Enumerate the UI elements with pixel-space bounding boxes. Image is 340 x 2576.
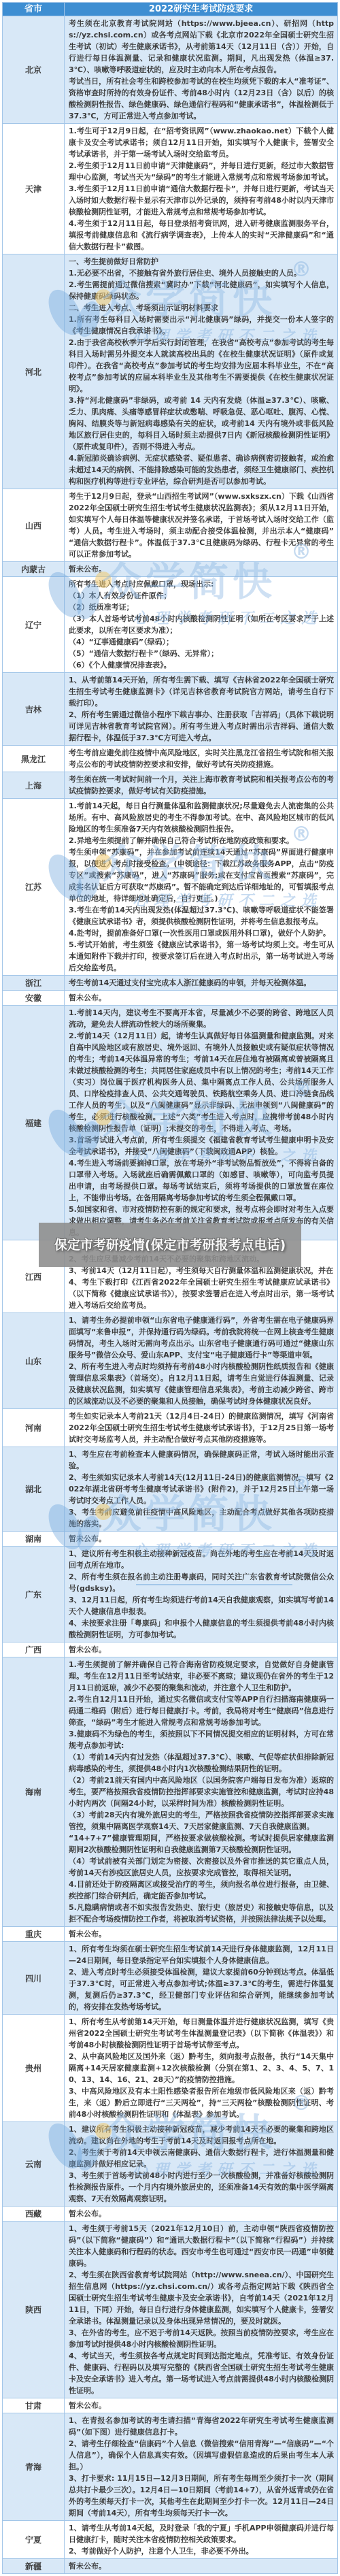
article-title-overlay: 保定市考研疫情(保定市考研报考点电话) <box>39 1223 301 1267</box>
province-label: 湖南 <box>3 1532 65 1547</box>
requirement-paragraph: 4.新冠肺炎确诊病例、无症状感染者、疑似患者、确诊病例密切接触者，或治愈未超过1… <box>69 452 334 487</box>
table-row: 宁夏 1、请考生从考前14天起，及时登录「我的宁夏」手机APP申领健康码并进行每… <box>3 2521 338 2559</box>
requirement-paragraph: 2.考生须于12月11日前申请“天津健康码”，并每日进行更新，经过市大数据管理中… <box>69 160 334 183</box>
requirement-paragraph: 考生于12月9日起，登录“山西招生考试网”（www.sxkszx.cn）下载《山… <box>69 491 334 560</box>
table-row: 河南 考生如实记录本人考前21天（12月4日-24日）的健康监测情况，填写《河南… <box>3 1409 338 1447</box>
requirements-cell: 暂未公布。 <box>65 991 338 1006</box>
table-row: 甘肃 暂未公布。 <box>3 2398 338 2413</box>
requirements-cell: 暂未公布。 <box>65 1532 338 1547</box>
requirements-cell: 1.考生须提前了解并确保自己符合海南省防疫规定要求，自觉做好自身健康管理。考生在… <box>65 1657 338 1927</box>
requirement-paragraph: （1）本人有效身份证件原件； <box>69 590 334 601</box>
table-row: 陕西 1、考生须于考前15天（2021年12月10日）前，主动申领“陕西省疫情防… <box>3 2222 338 2398</box>
requirement-paragraph: 3.首场考试进入考点前，所有考生须提交《福建省教育考试考生健康申明卡及安全考试承… <box>69 1134 334 1157</box>
requirement-paragraph: 1.无必要不出省，不接触有省外旅行居住史、境外人员接触史的人员。 <box>69 267 334 279</box>
province-label: 青海 <box>3 2413 65 2521</box>
requirement-paragraph: 2、所有考生须在报名前主动注册粤康码，同时关注广东省教育考试院微信公众号(gds… <box>69 1571 334 1594</box>
table-row: 新疆 暂未公布。 <box>3 2559 338 2574</box>
table-row: 浙江 考生考前14天通过支付宝完成本人浙江健康码的申领，并每天检测体温。 <box>3 976 338 991</box>
requirements-cell: 1、所有考生从考前第14天开始，每日测量体温并进行健康状况监测，填写《贵州省20… <box>65 2015 338 2122</box>
requirement-paragraph: （1）考前14天内有过发热（体温超过37.3℃）、咳嗽、气促等症状但排除新冠病毒… <box>69 1751 334 1774</box>
table-row: 海南 1.考生须提前了解并确保自己符合海南省防疫规定要求，自觉做好自身健康管理。… <box>3 1657 338 1927</box>
province-label: 河北 <box>3 254 65 489</box>
requirement-paragraph: 1、所有考生从考前第14天开始，每日测量体温并进行健康状况监测，填写《贵州省20… <box>69 2016 334 2051</box>
requirement-paragraph: 1、所有考生均须在硕士研究生招生考试前14天进行身体健康监测，12月11日—24… <box>69 1943 334 1966</box>
requirement-paragraph: 2、请考生仔细检查“信康码”个人信息（微信搜索“信用青海”—“信康码”—“个人信… <box>69 2438 334 2473</box>
requirement-paragraph: 2、考生须在陕西省教育考试院网站（http://www.sneea.cn/）、中… <box>69 2269 334 2327</box>
table-row: 上海 考生须在统一考试时间前一个月，关注上海市教育考试院和相关报考点公布的考试疫… <box>3 772 338 799</box>
article-title: 保定市考研疫情(保定市考研报考点电话) <box>54 1236 286 1254</box>
requirement-paragraph: 1.所有考生每科目入场时需要出示“河北健康码”绿码，并提交一份本人签字的《考生健… <box>69 314 334 337</box>
requirement-paragraph: 1、在青报名参加考试的考生请扫描“青海省2022年研究生考试考生健康监测码”（如… <box>69 2415 334 2438</box>
requirement-paragraph: （4）“辽事通健康码”（绿码）； <box>69 636 334 648</box>
requirement-paragraph: 3、在外省的考生，应不迟于考前14天返陕。按照当前疫情防控要求，考生应在参加考试… <box>69 2327 334 2350</box>
table-row: 福建 1.考前14天内，建议考生不要离开本省，尽量减少不必要的跨省、跨地区人员流… <box>3 1006 338 1240</box>
requirement-paragraph: （2）考前21前天有国内中高风险地区（以国务院客户端每日发布为准）返琼的考生，要… <box>69 1774 334 1809</box>
table-row: 云南 1、建议所有考生积极主动接种新冠疫苗，减少考前14天不必要的聚集和跨地区流… <box>3 2122 338 2207</box>
requirement-paragraph: 考试当日，所有社会考生和跨校参加考试的在校生均须凭下载的本人“准考证”、资格审查… <box>69 76 334 122</box>
requirements-cell: 考生考前应避免前往疫情中高风险地区，实时关注黑龙江省招生考试院和相关报考点公布的… <box>65 746 338 772</box>
requirement-paragraph: 2.由于我省高校秋季开学后实行封闭管理，在我省“高校考点”参加考试的考生每科目入… <box>69 337 334 395</box>
province-label: 安徽 <box>3 991 65 1006</box>
requirement-paragraph: 暂未公布。 <box>69 2560 334 2572</box>
table-row: 辽宁 所有考生进入考点时应佩戴口罩，现场出示:（1）本人有效身份证件原件；（2）… <box>3 577 338 673</box>
requirement-paragraph: 一、考生提前做好日常防护 <box>69 256 334 267</box>
requirements-cell: 考生考前14天通过支付宝完成本人浙江健康码的申领，并每天检测体温。 <box>65 976 338 991</box>
table-row: 广东 1、建议所有考生积极主动接种新冠疫苗。尚在外地的考生应在考前14天及时返回… <box>3 1547 338 1642</box>
requirement-paragraph: 暂未公布。 <box>69 2208 334 2219</box>
requirements-cell: 暂未公布。 <box>65 2398 338 2413</box>
requirements-cell: 暂未公布。 <box>65 2207 338 2222</box>
province-label: 西藏 <box>3 2207 65 2222</box>
province-label: 辽宁 <box>3 577 65 673</box>
requirement-paragraph: 暂未公布。 <box>69 1533 334 1545</box>
table-row: 吉林 1、从考前第14天开始，所有考生需下载、填写《吉林省2022年全国硕士研究… <box>3 673 338 746</box>
requirement-paragraph: 1.考生可于12月9日起，在“招考资讯网”（www.zhaokao.net）下载… <box>69 125 334 160</box>
requirement-paragraph: 暂未公布。 <box>69 1644 334 1655</box>
table-row: 四川 1、所有考生均须在硕士研究生招生考试前14天进行身体健康监测，12月11日… <box>3 1942 338 2015</box>
table-row: 广西 暂未公布。 <box>3 1642 338 1657</box>
requirement-paragraph: 二、考生进入考点、考场须出示证明材料要求 <box>69 302 334 314</box>
province-label: 吉林 <box>3 673 65 746</box>
table-row: 北京 考生须在北京教育考试院网站（https://www.bjeea.cn）、研… <box>3 16 338 124</box>
requirement-paragraph: 2.考前14天（12月11日）起，请考生认真做好每日体温测量和健康监测。对来自高… <box>69 1030 334 1134</box>
requirement-paragraph: 1、考生应在考前检查本人健康码情况，确保健康码正常，考试入场时能出示查验。 <box>69 1449 334 1472</box>
requirement-paragraph: 4.考生须于12月11日起，每日登录招考资讯网，进入研考健康监测服务平台，填报考… <box>69 218 334 252</box>
province-label: 浙江 <box>3 976 65 991</box>
requirements-cell: 1.考前14天内，建议考生不要离开本省，尽量减少不必要的跨省、跨地区人员流动，避… <box>65 1006 338 1240</box>
requirement-paragraph: 5.凡隐瞒病情或者不如实报告发热史、旅行史（旅居史）和接触史等信息，以及拒不配合… <box>69 1902 334 1925</box>
table-row: 河北 一、考生提前做好日常防护1.无必要不出省，不接触有省外旅行居住史、境外人员… <box>3 254 338 489</box>
requirement-paragraph: 3、打卡要求: 11月15日—12月3日期间，所有考生每周至少须打卡一次（期间总… <box>69 2473 334 2519</box>
province-label: 广东 <box>3 1547 65 1642</box>
province-label: 河南 <box>3 1409 65 1447</box>
requirement-paragraph: 2、考生须如实记录本人考前14天(12月11日-24日)的健康监测情况，填写《2… <box>69 1472 334 1506</box>
requirement-paragraph: 4.考生进入考场前要摘掉口罩，放在考场外“非考试物品暂放处”，不得将自备的口罩带… <box>69 1157 334 1204</box>
requirement-paragraph: 5.考试开始前，考生须签《健康应试承诺书》，第一场考试均须上交。考生可从本通知附… <box>69 939 334 974</box>
requirement-paragraph: 所有考生进入考点时应佩戴口罩，现场出示: <box>69 578 334 590</box>
requirement-paragraph: 1.考前14天起，每日自行测量体温和监测健康状况;尽量避免去人流密集的公共场所。… <box>69 800 334 835</box>
requirements-cell: 考生须在北京教育考试院网站（https://www.bjeea.cn）、研招网（… <box>65 16 338 124</box>
province-label: 海南 <box>3 1657 65 1927</box>
requirement-paragraph: （6）《个人健康情况排查表》。 <box>69 659 334 671</box>
requirement-paragraph: （2）纸质准考证； <box>69 601 334 613</box>
province-label: 湖北 <box>3 1447 65 1532</box>
requirement-paragraph: 2、进入考点时考生必须接受体温检测，建议大家提前60分钟到达考点。体温低于37.… <box>69 1966 334 2013</box>
requirement-paragraph: 3、12月11日起，所有考生均须进行考前14天自我健康观察，如实填写考前14天个… <box>69 1594 334 1617</box>
requirement-paragraph: 2.考生自12月11日开始，通过实名微信或支付宝等APP自行扫描海南健康码一码通… <box>69 1694 334 1728</box>
requirement-paragraph: 2.考生需提前通过微信搜索“冀时办”下载“河北健康码”，如实填写个人信息，保持健… <box>69 279 334 302</box>
requirement-paragraph: 3、中高风险地区及有本土阳性感染者报告所在地级市低风险地区来（返）黔考生，来（返… <box>69 2085 334 2120</box>
requirement-paragraph: 考生考前14天通过支付宝完成本人浙江健康码的申领，并每天检测体温。 <box>69 977 334 989</box>
table-row: 青海 1、在青报名参加考试的考生请扫描“青海省2022年研究生考试考生健康监测码… <box>3 2413 338 2521</box>
requirements-cell: 所有考生进入考点时应佩戴口罩，现场出示:（1）本人有效身份证件原件；（2）纸质准… <box>65 577 338 673</box>
province-label: 江苏 <box>3 799 65 976</box>
requirement-paragraph: 4、考生下载打印《江西省2022年全国硕士研究生招生考试健康应试承诺书》（以下简… <box>69 1276 334 1311</box>
province-label: 云南 <box>3 2122 65 2207</box>
requirement-paragraph: 3.健康码不为绿色的考生，须按照以下不同情况提交相应的证明材料，方可在常规考点参… <box>69 1728 334 1751</box>
requirement-paragraph: （5）“通信大数据行程卡”（绿码、无异常）； <box>69 648 334 659</box>
requirements-cell: 1、考生应在考前检查本人健康码情况，确保健康码正常，考试入场时能出示查验。2、考… <box>65 1447 338 1532</box>
table-row: 贵州 1、所有考生从考前第14天开始，每日测量体温并进行健康状况监测，填写《贵州… <box>3 2015 338 2122</box>
table-row: 湖北 1、考生应在考前检查本人健康码情况，确保健康码正常，考试入场时能出示查验。… <box>3 1447 338 1532</box>
requirement-paragraph: （3）考前28天内有境外旅居史的考生，严格按照我省疫情防控指挥部要求实施管控，须… <box>69 1809 334 1832</box>
requirement-paragraph: 3.持“河北健康码”非绿码，或考前 14 天内有发烧（体温≥37.3℃）、咳嗽、… <box>69 395 334 452</box>
requirement-paragraph: 3、考生考前应避免前往疫情中高风险地区，主动配合考点做好其他各项防疫措施的落实。 <box>69 1506 334 1530</box>
table-header-row: 省市 2022研究生考试防疫要求 <box>3 3 338 16</box>
table-row: 重庆 暂未公布。 <box>3 1927 338 1942</box>
table-row: 山东 1、请考生务必提前申领“山东省电子健康通行码”，外省考生需在电子健康码界面… <box>3 1313 338 1409</box>
requirement-paragraph: 4.赴考时，提前准备好口罩(一次性医用口罩或医用外科口罩)，做好个人防护。 <box>69 927 334 939</box>
table-row: 天津 1.考生可于12月9日起，在“招考资讯网”（www.zhaokao.net… <box>3 124 338 254</box>
requirement-paragraph: 暂未公布。 <box>69 563 334 575</box>
requirement-paragraph: 暂未公布。 <box>69 2400 334 2411</box>
header-requirements: 2022研究生考试防疫要求 <box>65 3 338 16</box>
requirement-paragraph: 2、所有考生需通过微信小程序下载吉事办、注册获取「吉祥码」（具体下载说明可详见吉… <box>69 709 334 744</box>
requirement-paragraph: 1、考生须于考前15天（2021年12月10日）前，主动申领“陕西省疫情防控码”… <box>69 2223 334 2269</box>
requirements-cell: 1、考生须于考前15天（2021年12月10日）前，主动申领“陕西省疫情防控码”… <box>65 2222 338 2398</box>
province-label: 山东 <box>3 1313 65 1409</box>
requirements-cell: 暂未公布。 <box>65 1642 338 1657</box>
province-label: 北京 <box>3 16 65 124</box>
requirement-paragraph: 4、考试当天，考生须按各考点规定时间到达指定地点，凭准考证、有效身份证件、健康码… <box>69 2350 334 2396</box>
table-row: 西藏 暂未公布。 <box>3 2207 338 2222</box>
requirement-paragraph: 4、未按要求注册「粤康码」和申报个人健康信息的考生须提供考前48小时内核酸检测阴… <box>69 1617 334 1640</box>
requirement-paragraph: 2、从中高风险地区及国外来（返）黔考生，须向报考点报备，执行“14天集中隔离+1… <box>69 2051 334 2085</box>
requirement-paragraph: 1.考前14天内，建议考生不要离开本省，尽量减少不必要的跨省、跨地区人员流动，避… <box>69 1007 334 1030</box>
table-row: 山西 考生于12月9日起，登录“山西招生考试网”（www.sxkszx.cn）下… <box>3 489 338 562</box>
requirement-paragraph: 3.考生须于12月11日前申请“通信大数据行程卡”，并每日进行更新，考试当天入场… <box>69 183 334 218</box>
header-province: 省市 <box>3 3 65 16</box>
requirements-cell: 考生如实记录本人考前21天（12月4日-24日）的健康监测情况，填写《河南省20… <box>65 1409 338 1447</box>
requirement-paragraph: 1、建议所有考生积极主动接种新冠疫苗，减少考前14天不必要的聚集和跨地区流动。建… <box>69 2124 334 2147</box>
province-label: 内蒙古 <box>3 562 65 577</box>
requirements-cell: 1、请考生从考前14天起，及时登录「我的宁夏」手机APP申领健康码并进行每日健康… <box>65 2521 338 2559</box>
requirement-paragraph: 考生须在统一考试时间前一个月，关注上海市教育考试院和相关报考点公布的考试疫情防控… <box>69 774 334 797</box>
requirements-cell: 暂未公布。 <box>65 562 338 577</box>
requirement-paragraph: 考生须在北京教育考试院网站（https://www.bjeea.cn）、研招网（… <box>69 18 334 76</box>
requirement-paragraph: 2、考前做好个人防护，注意个人卫生，非必要不外出。 <box>69 2545 334 2557</box>
article-page: 省市 2022研究生考试防疫要求 北京 考生须在北京教育考试院网站（https:… <box>0 0 340 2576</box>
requirement-paragraph: 考生如实记录本人考前21天（12月4日-24日）的健康监测情况，填写《河南省20… <box>69 1410 334 1445</box>
requirement-paragraph: 4.目前还处于防疫隔离区或接受治疗的考生，须向报名单位进行报备，由卫健、疾控部门… <box>69 1879 334 1902</box>
requirement-paragraph: 1、请考生从考前14天起，及时登录「我的宁夏」手机APP申领健康码并进行每日健康… <box>69 2522 334 2545</box>
requirements-cell: 暂未公布。 <box>65 1927 338 1942</box>
requirements-cell: 1、所有考生均须在硕士研究生招生考试前14天进行身体健康监测，12月11日—24… <box>65 1942 338 2015</box>
requirements-cell: 暂未公布。 <box>65 2559 338 2574</box>
province-label: 陕西 <box>3 2222 65 2398</box>
requirements-cell: 一、考生提前做好日常防护1.无必要不出省，不接触有省外旅行居住史、境外人员接触史… <box>65 254 338 489</box>
requirement-paragraph: （3）本人首场考试考前48小时内核酸检测阴性证明（如所在考区要求严于上述此要求，… <box>69 613 334 636</box>
table-row: 安徽 暂未公布。 <box>3 991 338 1006</box>
requirements-cell: 1.考前14天起，每日自行测量体温和监测健康状况;尽量避免去人流密集的公共场所。… <box>65 799 338 976</box>
table-row: 江苏 1.考前14天起，每日自行测量体温和监测健康状况;尽量避免去人流密集的公共… <box>3 799 338 976</box>
requirement-paragraph: 3.考生在考前14天内出现发热(体温超过37.3℃)、咳嗽等呼吸道症状不能签署《… <box>69 904 334 927</box>
requirements-cell: 1、从考前第14天开始，所有考生需下载、填写《吉林省2022年全国硕士研究生招生… <box>65 673 338 746</box>
requirement-paragraph: 1、从考前第14天开始，所有考生需下载、填写《吉林省2022年全国硕士研究生招生… <box>69 674 334 709</box>
province-label: 贵州 <box>3 2015 65 2122</box>
requirement-paragraph: 2、所有考生进入考点时均须持有考前48小时内核酸检测阴性纸质报告和《健康管理信息… <box>69 1361 334 1407</box>
requirements-cell: 1、建议所有考生积极主动接种新冠疫苗。尚在外地的考生应在考前14天及时返回考点所… <box>65 1547 338 1642</box>
table-row: 黑龙江 考生考前应避免前往疫情中高风险地区，实时关注黑龙江省招生考试院和相关报考… <box>3 746 338 772</box>
province-label: 广西 <box>3 1642 65 1657</box>
requirement-paragraph: 3、考生须于首场考试前48小时内进行至少一次核酸检测，并准备好核酸检测阴性检测报… <box>69 2170 334 2205</box>
table-row: 内蒙古 暂未公布。 <box>3 562 338 577</box>
requirements-cell: 考生须在统一考试时间前一个月，关注上海市教育考试院和相关报考点公布的考试疫情防控… <box>65 772 338 799</box>
requirements-cell: 1、建议所有考生积极主动接种新冠疫苗，减少考前14天不必要的聚集和跨地区流动。建… <box>65 2122 338 2207</box>
requirement-paragraph: （4）考试前被有关部门划定为密接、次密接以及外省市推送的其它重点人员，考前14天… <box>69 1855 334 1879</box>
requirement-paragraph: 暂未公布。 <box>69 1928 334 1940</box>
requirements-cell: 1、在青报名参加考试的考生请扫描“青海省2022年研究生考试考生健康监测码”（如… <box>65 2413 338 2521</box>
province-label: 甘肃 <box>3 2398 65 2413</box>
requirement-paragraph: 考生须申领“苏康码”，并在参加考试前连续14天通过“苏康码”界面进行健康申报，以… <box>69 846 334 904</box>
requirement-paragraph: 1、请考生务必提前申领“山东省电子健康通行码”，外省考生需在电子健康码界面填写“… <box>69 1315 334 1361</box>
requirements-cell: 1、请考生务必提前申领“山东省电子健康通行码”，外省考生需在电子健康码界面填写“… <box>65 1313 338 1409</box>
provinces-table: 省市 2022研究生考试防疫要求 北京 考生须在北京教育考试院网站（https:… <box>2 2 338 2574</box>
requirement-paragraph: 考生考前应避免前往疫情中高风险地区，实时关注黑龙江省招生考试院和相关报考点公布的… <box>69 747 334 770</box>
requirements-cell: 考生于12月9日起，登录“山西招生考试网”（www.sxkszx.cn）下载《山… <box>65 489 338 562</box>
requirement-paragraph: “14+7+7”健康管理期间，严格按要求做核酸检测。考试时提供居家健康监测期间2… <box>69 1832 334 1855</box>
requirement-paragraph: 1、建议所有考生积极主动接种新冠疫苗。尚在外地的考生应在考前14天及时返回考点所… <box>69 1548 334 1571</box>
requirements-cell: 1.考生可于12月9日起，在“招考资讯网”（www.zhaokao.net）下载… <box>65 124 338 254</box>
province-label: 山西 <box>3 489 65 562</box>
requirement-paragraph: 2、考生须于考前14天申领云南健康码、通信大数据行程卡，进行体温测量和健康监测并… <box>69 2147 334 2170</box>
province-label: 宁夏 <box>3 2521 65 2559</box>
province-label: 重庆 <box>3 1927 65 1942</box>
province-label: 新疆 <box>3 2559 65 2574</box>
province-label: 福建 <box>3 1006 65 1240</box>
province-label: 上海 <box>3 772 65 799</box>
requirement-paragraph: 暂未公布。 <box>69 992 334 1004</box>
requirement-paragraph: 2.异地考生须提前了解并确保自己符合考试所在地防疫政策和要求。 <box>69 835 334 846</box>
province-label: 黑龙江 <box>3 746 65 772</box>
province-label: 天津 <box>3 124 65 254</box>
requirement-paragraph: 1.考生须提前了解并确保自己符合海南省防疫规定要求，自觉做好自身健康管理。考生在… <box>69 1659 334 1694</box>
province-label: 四川 <box>3 1942 65 2015</box>
table-row: 湖南 暂未公布。 <box>3 1532 338 1547</box>
